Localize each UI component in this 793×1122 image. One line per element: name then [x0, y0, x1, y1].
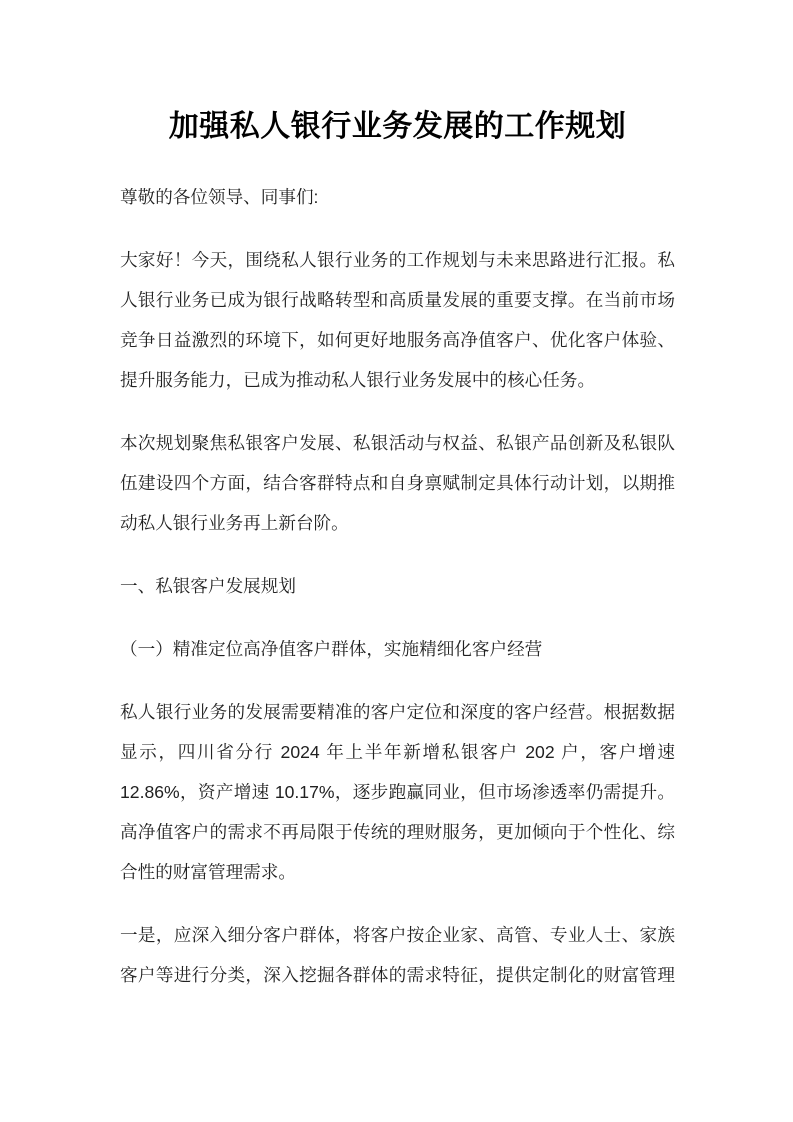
- salutation: 尊敬的各位领导、同事们:: [120, 177, 675, 217]
- intro-paragraph-1: 大家好！今天，围绕私人银行业务的工作规划与未来思路进行汇报。私人银行业务已成为银…: [120, 240, 675, 400]
- section-subheading-1-1: （一）精准定位高净值客户群体，实施精细化客户经营: [120, 629, 675, 669]
- section-heading-1: 一、私银客户发展规划: [120, 566, 675, 606]
- body-paragraph-1: 私人银行业务的发展需要精准的客户定位和深度的客户经营。根据数据显示，四川省分行 …: [120, 692, 675, 892]
- intro-paragraph-2: 本次规划聚焦私银客户发展、私银活动与权益、私银产品创新及私银队伍建设四个方面，结…: [120, 423, 675, 543]
- body-paragraph-2-cut-at-page-break: 一是，应深入细分客户群体，将客户按企业家、高管、专业人士、家族客户等进行分类，深…: [120, 915, 675, 995]
- document-page: 加强私人银行业务发展的工作规划 尊敬的各位领导、同事们: 大家好！今天，围绕私人…: [0, 0, 793, 1122]
- document-title: 加强私人银行业务发展的工作规划: [120, 104, 675, 150]
